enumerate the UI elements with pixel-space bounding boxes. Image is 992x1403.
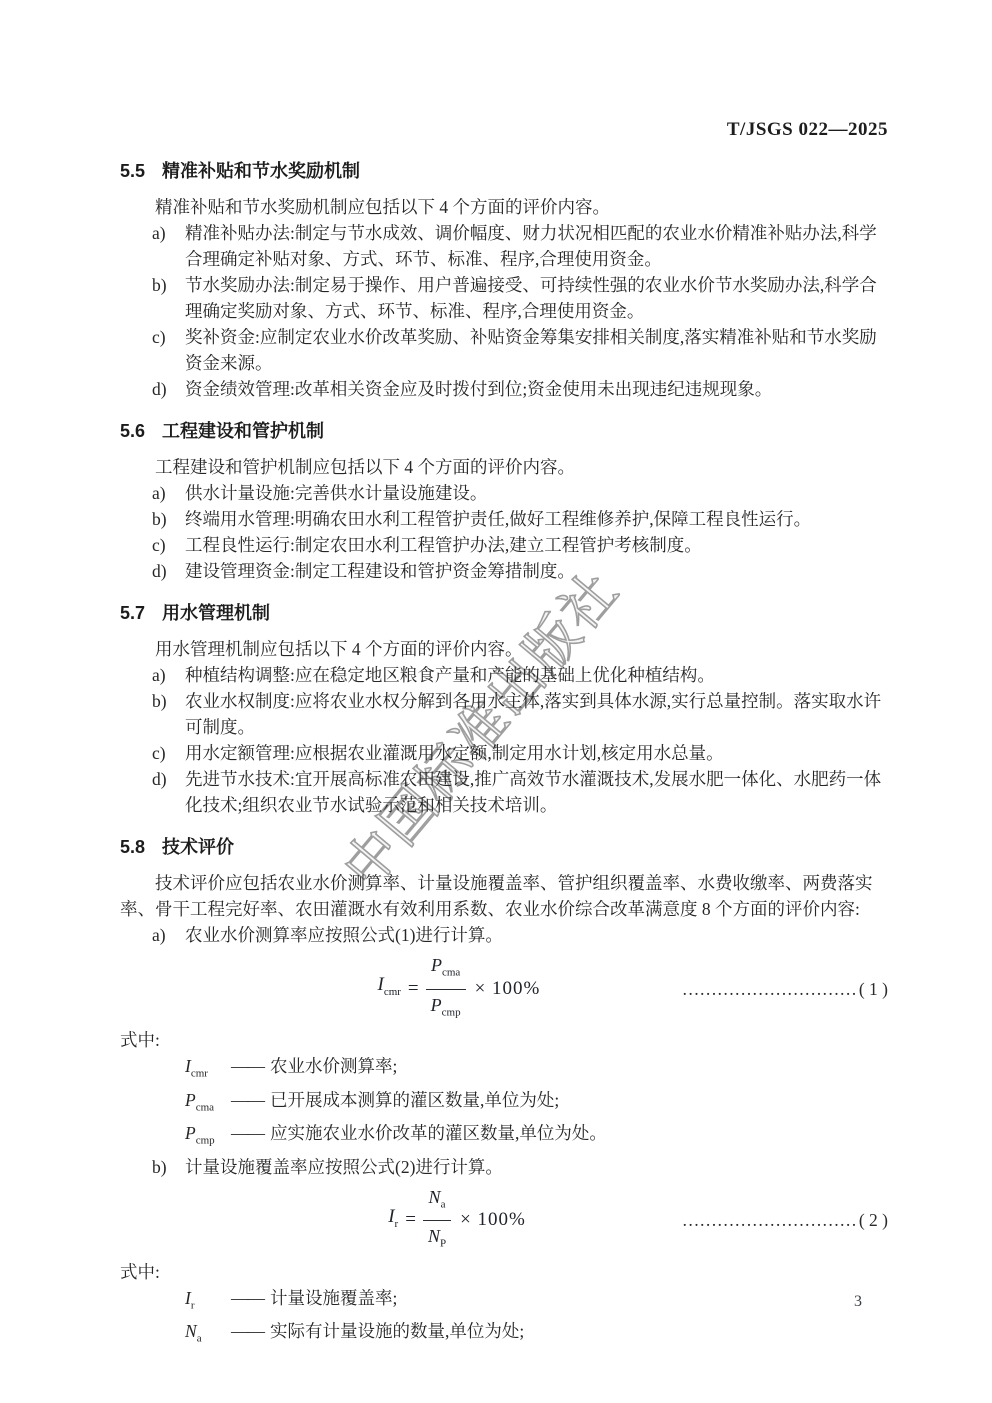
item-text: 终端用水管理:明确农田水利工程管护责任,做好工程维修养护,保障工程良性运行。 [185,506,888,532]
item-label: c) [152,532,185,558]
section-5-5: 5.5 精准补贴和节水奖励机制 精准补贴和节水奖励机制应包括以下 4 个方面的评… [120,158,888,402]
item-text: 资金绩效管理:改革相关资金应及时拨付到位;资金使用未出现违纪违规现象。 [185,376,888,402]
definition-dash: —— [231,1285,264,1319]
fraction-numerator: Na [423,1184,451,1222]
formula-lhs: Ir [388,1204,398,1237]
item-label: b) [152,272,185,324]
item-text: 供水计量设施:完善供水计量设施建设。 [185,480,888,506]
formula-leader: ………………………… ( 1 ) [540,976,888,1002]
formula-1: Icmr = Pcma Pcmp × 100% ………………………… ( 1 ) [120,952,888,1025]
section-5-8: 5.8 技术评价 技术评价应包括农业水价测算率、计量设施覆盖率、管护组织覆盖率、… [120,834,888,1352]
definition-row: Icmr —— 农业水价测算率; [185,1053,888,1087]
section-heading: 5.6 工程建设和管护机制 [120,418,888,444]
item-label: b) [152,506,185,532]
list-item: c) 工程良性运行:制定农田水利工程管护办法,建立工程管护考核制度。 [152,532,888,558]
list-item: d) 建设管理资金:制定工程建设和管护资金筹措制度。 [152,558,888,584]
where-label: 式中: [120,1027,888,1053]
section-number: 5.7 [120,600,145,626]
section-number: 5.5 [120,158,145,184]
item-list: a) 精准补贴办法:制定与节水成效、调价幅度、财力状况相匹配的农业水价精准补贴办… [152,220,888,402]
definition-symbol: Pcmp [185,1120,231,1154]
section-heading: 5.8 技术评价 [120,834,888,860]
equals-sign: = [408,976,419,1002]
formula-lhs: Icmr [377,972,400,1005]
item-label: c) [152,740,185,766]
section-5-7: 5.7 用水管理机制 用水管理机制应包括以下 4 个方面的评价内容。 a) 种植… [120,600,888,818]
list-item: a) 精准补贴办法:制定与节水成效、调价幅度、财力状况相匹配的农业水价精准补贴办… [152,220,888,272]
definition-row: Pcma —— 已开展成本测算的灌区数量,单位为处; [185,1087,888,1121]
list-item: b) 节水奖励办法:制定易于操作、用户普遍接受、可持续性强的农业水价节水奖励办法… [152,272,888,324]
formula-2-expression: Ir = Na NP × 100% [388,1184,526,1257]
list-item: a) 种植结构调整:应在稳定地区粮食产量和产能的基础上优化种植结构。 [152,662,888,688]
item-label: a) [152,662,185,688]
section-title: 精准补贴和节水奖励机制 [162,158,360,184]
formula-2: Ir = Na NP × 100% ………………………… ( 2 ) [120,1184,888,1257]
item-text: 计量设施覆盖率应按照公式(2)进行计算。 [185,1154,888,1180]
definition-dash: —— [231,1087,264,1121]
item-text: 节水奖励办法:制定易于操作、用户普遍接受、可持续性强的农业水价节水奖励办法,科学… [185,272,888,324]
section-title: 技术评价 [162,834,234,860]
list-item: c) 用水定额管理:应根据农业灌溉用水定额,制定用水计划,核定用水总量。 [152,740,888,766]
definition-symbol: Icmr [185,1053,231,1087]
section-heading: 5.7 用水管理机制 [120,600,888,626]
item-text: 农业水权制度:应将农业水权分解到各用水主体,落实到具体水源,实行总量控制。落实取… [185,688,888,740]
section-intro: 用水管理机制应包括以下 4 个方面的评价内容。 [120,636,888,662]
item-list: b) 计量设施覆盖率应按照公式(2)进行计算。 [152,1154,888,1180]
fraction: Na NP [423,1184,451,1257]
fraction-denominator: Pcmp [426,990,466,1026]
section-number: 5.8 [120,834,145,860]
item-label: c) [152,324,185,376]
item-label: b) [152,688,185,740]
definition-row: Pcmp —— 应实施农业水价改革的灌区数量,单位为处。 [185,1120,888,1154]
item-text: 奖补资金:应制定农业水价改革奖励、补贴资金筹集安排相关制度,落实精准补贴和节水奖… [185,324,888,376]
multiplier: × 100% [475,976,541,1002]
leader-dots: ………………………… [682,976,857,1002]
leader-dots: ………………………… [682,1207,857,1233]
definition-row: Ir —— 计量设施覆盖率; [185,1285,888,1319]
section-intro: 精准补贴和节水奖励机制应包括以下 4 个方面的评价内容。 [120,194,888,220]
item-text: 用水定额管理:应根据农业灌溉用水定额,制定用水计划,核定用水总量。 [185,740,888,766]
definition-text: 应实施农业水价改革的灌区数量,单位为处。 [270,1120,607,1154]
item-text: 农业水价测算率应按照公式(1)进行计算。 [185,922,888,948]
formula-leader: ………………………… ( 2 ) [526,1207,888,1233]
equation-number: ( 1 ) [859,976,888,1002]
multiplier: × 100% [460,1207,526,1233]
list-item: c) 奖补资金:应制定农业水价改革奖励、补贴资金筹集安排相关制度,落实精准补贴和… [152,324,888,376]
definition-symbol: Ir [185,1285,231,1319]
definition-text: 计量设施覆盖率; [270,1285,397,1319]
item-label: a) [152,922,185,948]
item-label: d) [152,766,185,818]
section-5-6: 5.6 工程建设和管护机制 工程建设和管护机制应包括以下 4 个方面的评价内容。… [120,418,888,584]
item-label: a) [152,220,185,272]
section-number: 5.6 [120,418,145,444]
list-item: b) 农业水权制度:应将农业水权分解到各用水主体,落实到具体水源,实行总量控制。… [152,688,888,740]
document-page: 中国标准出版社 T/JSGS 022—2025 5.5 精准补贴和节水奖励机制 … [0,0,992,1403]
section-title: 工程建设和管护机制 [162,418,324,444]
section-heading: 5.5 精准补贴和节水奖励机制 [120,158,888,184]
section-intro: 工程建设和管护机制应包括以下 4 个方面的评价内容。 [120,454,888,480]
item-label: b) [152,1154,185,1180]
section-intro: 技术评价应包括农业水价测算率、计量设施覆盖率、管护组织覆盖率、水费收缴率、两费落… [120,870,888,922]
item-text: 建设管理资金:制定工程建设和管护资金筹措制度。 [185,558,888,584]
definition-symbol: Na [185,1318,231,1352]
item-text: 种植结构调整:应在稳定地区粮食产量和产能的基础上优化种植结构。 [185,662,888,688]
definition-dash: —— [231,1053,264,1087]
equals-sign: = [405,1207,416,1233]
list-item: b) 计量设施覆盖率应按照公式(2)进行计算。 [152,1154,888,1180]
item-label: a) [152,480,185,506]
fraction-denominator: NP [423,1221,451,1257]
definition-symbol: Pcma [185,1087,231,1121]
definition-text: 实际有计量设施的数量,单位为处; [270,1318,524,1352]
definition-dash: —— [231,1120,264,1154]
list-item: a) 供水计量设施:完善供水计量设施建设。 [152,480,888,506]
where-label: 式中: [120,1259,888,1285]
page-content: T/JSGS 022—2025 5.5 精准补贴和节水奖励机制 精准补贴和节水奖… [120,118,888,1352]
list-item: b) 终端用水管理:明确农田水利工程管护责任,做好工程维修养护,保障工程良性运行… [152,506,888,532]
section-title: 用水管理机制 [162,600,270,626]
item-list: a) 供水计量设施:完善供水计量设施建设。 b) 终端用水管理:明确农田水利工程… [152,480,888,584]
definition-text: 农业水价测算率; [270,1053,397,1087]
doc-code-header: T/JSGS 022—2025 [120,118,888,142]
equation-number: ( 2 ) [859,1207,888,1233]
list-item: a) 农业水价测算率应按照公式(1)进行计算。 [152,922,888,948]
item-list: a) 种植结构调整:应在稳定地区粮食产量和产能的基础上优化种植结构。 b) 农业… [152,662,888,818]
fraction-numerator: Pcma [426,952,466,990]
fraction: Pcma Pcmp [426,952,466,1025]
formula-1-expression: Icmr = Pcma Pcmp × 100% [377,952,540,1025]
item-text: 工程良性运行:制定农田水利工程管护办法,建立工程管护考核制度。 [185,532,888,558]
definition-row: Na —— 实际有计量设施的数量,单位为处; [185,1318,888,1352]
definition-dash: —— [231,1318,264,1352]
item-text: 精准补贴办法:制定与节水成效、调价幅度、财力状况相匹配的农业水价精准补贴办法,科… [185,220,888,272]
item-list: a) 农业水价测算率应按照公式(1)进行计算。 [152,922,888,948]
item-label: d) [152,376,185,402]
item-text: 先进节水技术:宜开展高标准农田建设,推广高效节水灌溉技术,发展水肥一体化、水肥药… [185,766,888,818]
item-label: d) [152,558,185,584]
list-item: d) 资金绩效管理:改革相关资金应及时拨付到位;资金使用未出现违纪违规现象。 [152,376,888,402]
list-item: d) 先进节水技术:宜开展高标准农田建设,推广高效节水灌溉技术,发展水肥一体化、… [152,766,888,818]
page-number: 3 [854,1293,862,1311]
definition-text: 已开展成本测算的灌区数量,单位为处; [270,1087,559,1121]
